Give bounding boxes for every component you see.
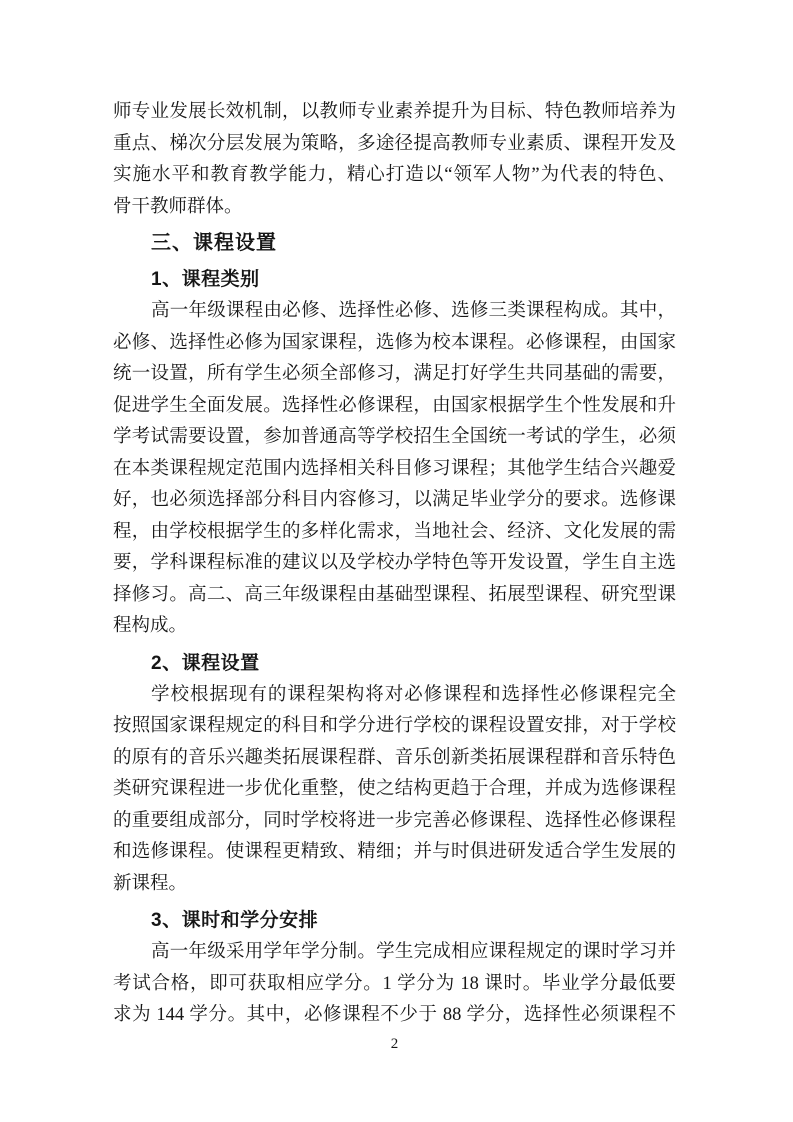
text-line: 的原有的音乐兴趣类拓展课程群、音乐创新类拓展课程群和音乐特色	[113, 743, 676, 775]
text-line: 要，学科课程标准的建议以及学校办学特色等开发设置，学生自主选	[113, 548, 676, 580]
text-line: 必修、选择性必修为国家课程，选修为校本课程。必修课程，由国家	[113, 328, 676, 360]
paragraph: 师专业发展长效机制，以教师专业素养提升为目标、特色教师培养为重点、梯次分层发展为…	[113, 97, 676, 223]
text-line: 的重要组成部分，同时学校将进一步完善必修课程、选择性必修课程	[113, 806, 676, 838]
text-line: 和选修课程。使课程更精致、精细；并与时俱进研发适合学生发展的	[113, 837, 676, 869]
text-line: 重点、梯次分层发展为策略，多途径提高教师专业素质、课程开发及	[113, 129, 676, 161]
text-line: 考试合格，即可获取相应学分。1 学分为 18 课时。毕业学分最低要	[113, 969, 676, 1001]
text-line: 学考试需要设置，参加普通高等学校招生全国统一考试的学生，必须	[113, 422, 676, 454]
paragraph: 高一年级采用学年学分制。学生完成相应课程规定的课时学习并考试合格，即可获取相应学…	[113, 937, 676, 1032]
document-content: 师专业发展长效机制，以教师专业素养提升为目标、特色教师培养为重点、梯次分层发展为…	[113, 97, 676, 1054]
text-line: 统一设置，所有学生必须全部修习，满足打好学生共同基础的需要，	[113, 359, 676, 391]
subsection-heading: 2、课程设置	[113, 648, 676, 680]
text-line: 实施水平和教育教学能力，精心打造以“领军人物”为代表的特色、	[113, 160, 676, 192]
text-line: 在本类课程规定范围内选择相关科目修习课程；其他学生结合兴趣爱	[113, 454, 676, 486]
text-line: 新课程。	[113, 869, 676, 901]
text-line: 师专业发展长效机制，以教师专业素养提升为目标、特色教师培养为	[113, 97, 676, 129]
page-number: 2	[113, 1034, 676, 1054]
text-line: 择修习。高二、高三年级课程由基础型课程、拓展型课程、研究型课	[113, 580, 676, 612]
paragraph: 高一年级课程由必修、选择性必修、选修三类课程构成。其中，必修、选择性必修为国家课…	[113, 296, 676, 643]
document-page: 师专业发展长效机制，以教师专业素养提升为目标、特色教师培养为重点、梯次分层发展为…	[0, 0, 793, 1122]
text-line: 高一年级课程由必修、选择性必修、选修三类课程构成。其中，	[113, 296, 676, 328]
subsection-heading: 1、课程类别	[113, 264, 676, 296]
text-line: 高一年级采用学年学分制。学生完成相应课程规定的课时学习并	[113, 937, 676, 969]
text-line: 程构成。	[113, 611, 676, 643]
text-line: 学校根据现有的课程架构将对必修课程和选择性必修课程完全	[113, 680, 676, 712]
section-heading: 三、课程设置	[113, 227, 676, 259]
text-line: 促进学生全面发展。选择性必修课程，由国家根据学生个性发展和升	[113, 391, 676, 423]
text-line: 程，由学校根据学生的多样化需求，当地社会、经济、文化发展的需	[113, 517, 676, 549]
text-line: 求为 144 学分。其中，必修课程不少于 88 学分，选择性必须课程不	[113, 1000, 676, 1032]
text-line: 类研究课程进一步优化重整，使之结构更趋于合理，并成为选修课程	[113, 774, 676, 806]
text-line: 骨干教师群体。	[113, 192, 676, 224]
text-line: 好，也必须选择部分科目内容修习，以满足毕业学分的要求。选修课	[113, 485, 676, 517]
text-line: 按照国家课程规定的科目和学分进行学校的课程设置安排，对于学校	[113, 711, 676, 743]
paragraph: 学校根据现有的课程架构将对必修课程和选择性必修课程完全按照国家课程规定的科目和学…	[113, 680, 676, 901]
subsection-heading: 3、课时和学分安排	[113, 905, 676, 937]
